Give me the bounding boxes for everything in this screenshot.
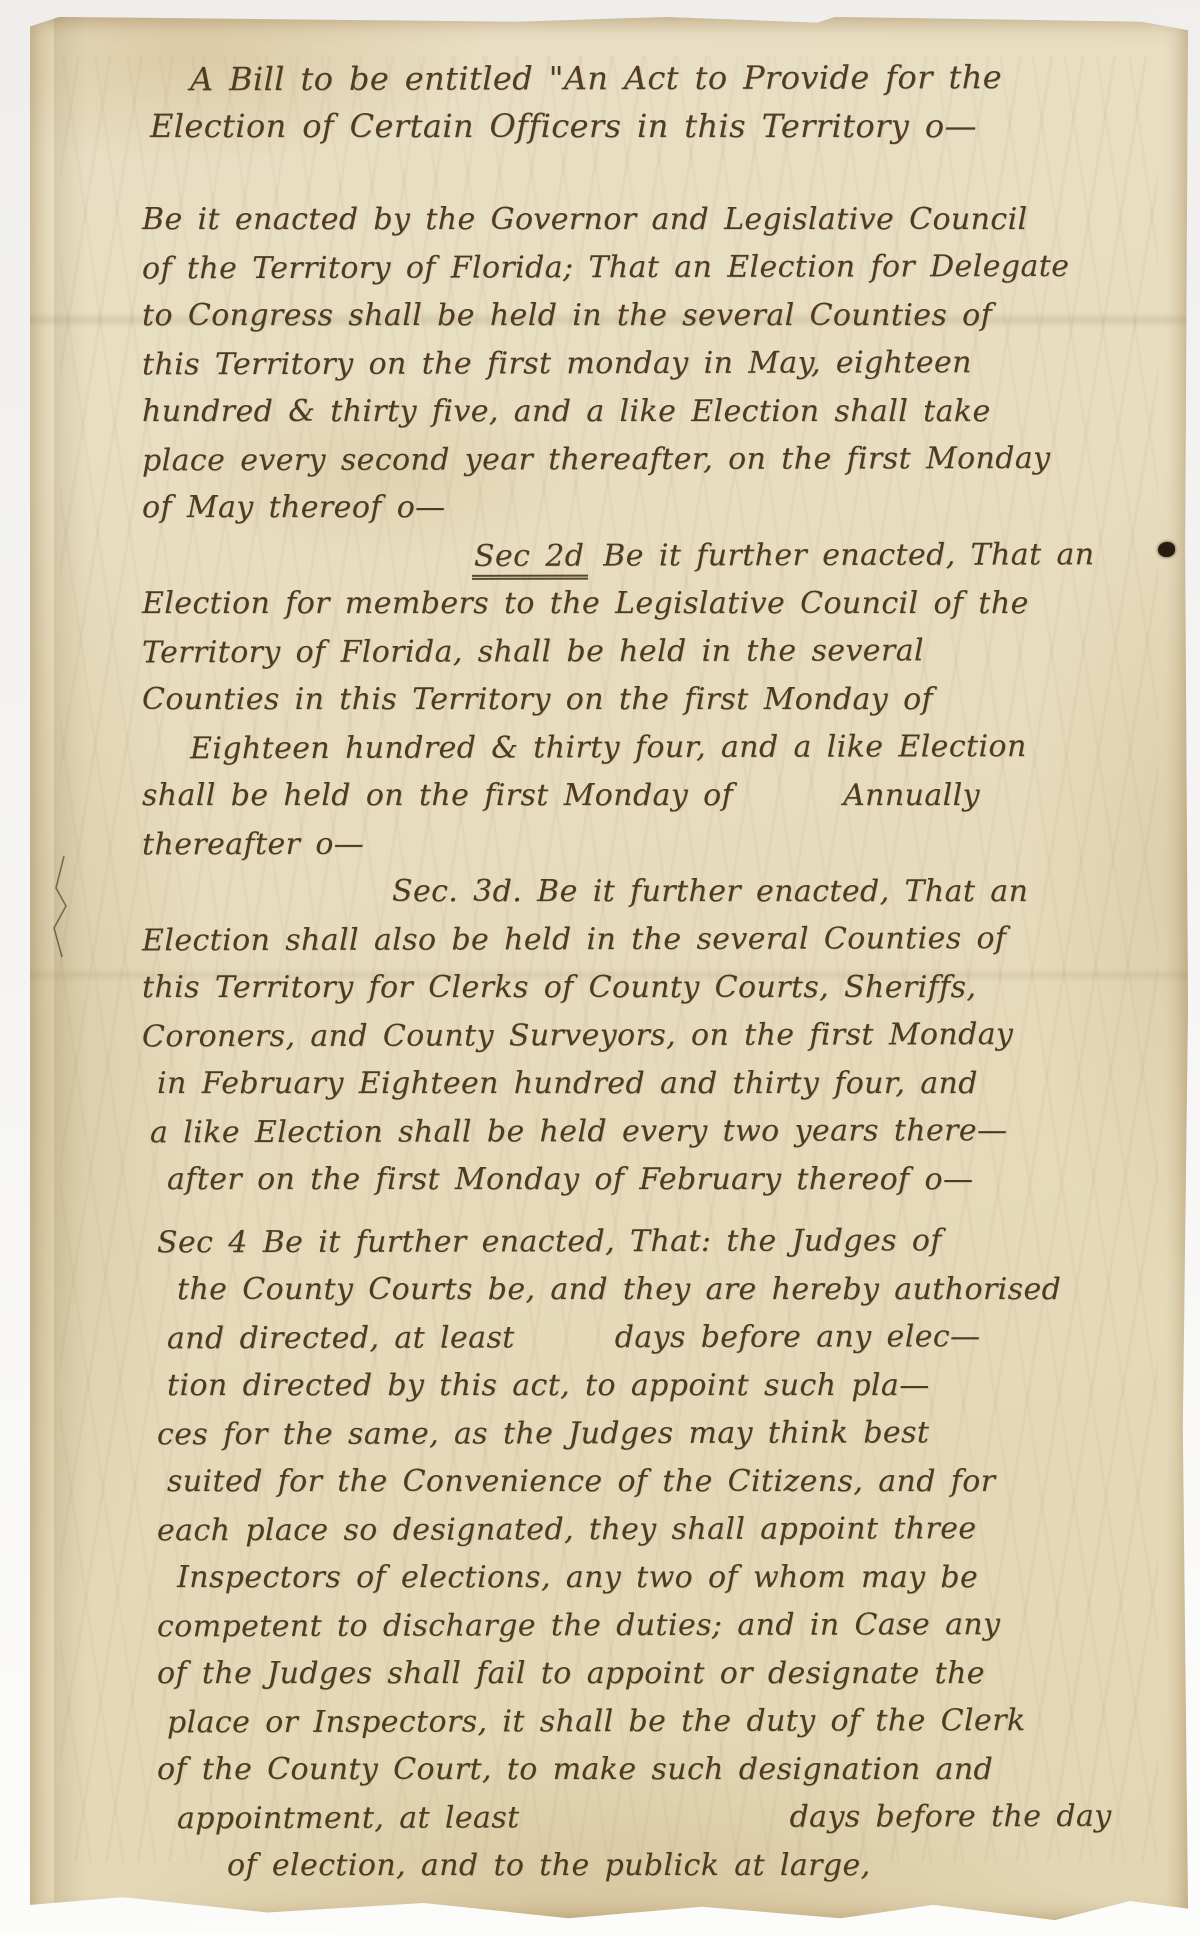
section-4-line: place or Inspectors, it shall be the dut…	[167, 1697, 1152, 1748]
section-2-line: thereafter o—	[142, 819, 1152, 870]
section-3-line: Coroners, and County Surveyors, on the f…	[142, 1011, 1152, 1062]
blank-space	[520, 1827, 790, 1828]
section-4-line: suited for the Convenience of the Citize…	[167, 1458, 1152, 1506]
section-2-label: Sec 2d	[472, 539, 588, 580]
section-3-line: a like Election shall be held every two …	[150, 1107, 1152, 1158]
section-4-blank-after: days before the day	[789, 1799, 1111, 1835]
section-3-line: this Territory for Clerks of County Cour…	[142, 964, 1152, 1012]
section-4-line: ces for the same, as the Judges may thin…	[157, 1409, 1152, 1460]
section-3-heading-line: Sec. 3d. Be it further enacted, That an	[392, 868, 1152, 916]
section-2-blank-after: Annually	[843, 778, 980, 813]
section-4-line: competent to discharge the duties; and i…	[157, 1601, 1152, 1652]
section-2-line: Election for members to the Legislative …	[142, 580, 1152, 628]
section-4-blank-after: days before any elec—	[615, 1319, 981, 1355]
section-3-line: after on the first Monday of February th…	[167, 1156, 1152, 1204]
section-3-label: Sec. 3d.	[392, 874, 522, 909]
section-2-blank-line: shall be held on the first Monday ofAnnu…	[142, 772, 1152, 820]
section-4-line: tion directed by this act, to appoint su…	[167, 1362, 1152, 1410]
section-4-heading-line: Sec 4 Be it further enacted, That: the J…	[157, 1217, 1152, 1268]
section-4-blank-line: appointment, at leastdays before the day	[177, 1793, 1152, 1844]
section-2-heading-text: Be it further enacted, That an	[588, 537, 1094, 573]
section-4-line: of the County Court, to make such design…	[157, 1746, 1152, 1794]
section-4-blank-before: and directed, at least	[167, 1320, 515, 1356]
section-4-label: Sec 4	[157, 1225, 248, 1260]
enacting-clause-line: to Congress shall be held in the several…	[142, 292, 1152, 340]
manuscript-page: A Bill to be entitled "An Act to Provide…	[30, 16, 1188, 1922]
section-4-blank-line: and directed, at leastdays before any el…	[167, 1313, 1152, 1364]
section-3-heading-text: Be it further enacted, That an	[522, 874, 1028, 909]
section-4-heading-text: Be it further enacted, That: the Judges …	[248, 1223, 942, 1260]
enacting-clause-line: of May thereof o—	[142, 484, 1152, 532]
enacting-clause-line: Be it enacted by the Governor and Legisl…	[142, 196, 1152, 244]
section-3-line: in February Eighteen hundred and thirty …	[157, 1060, 1152, 1108]
section-2-line: Eighteen hundred & thirty four, and a li…	[190, 723, 1152, 774]
section-2-heading-line: Sec 2d Be it further enacted, That an	[472, 531, 1152, 581]
section-2-line: Counties in this Territory on the first …	[142, 676, 1152, 724]
blank-row	[142, 150, 1152, 196]
section-2-line: Territory of Florida, shall be held in t…	[142, 627, 1152, 678]
enacting-clause-line: of the Territory of Florida; That an Ele…	[142, 243, 1152, 294]
section-4-line: the County Courts be, and they are hereb…	[177, 1266, 1152, 1314]
enacting-clause-line: this Territory on the first monday in Ma…	[142, 339, 1152, 390]
title-line: A Bill to be entitled "An Act to Provide…	[190, 53, 1152, 104]
section-4-line: Inspectors of elections, any two of whom…	[177, 1554, 1152, 1602]
enacting-clause-line: place every second year thereafter, on t…	[142, 435, 1152, 486]
section-3-line: Election shall also be held in the sever…	[142, 915, 1152, 966]
section-4-blank-before: appointment, at least	[177, 1800, 520, 1836]
manuscript-text: A Bill to be entitled "An Act to Provide…	[30, 16, 1188, 1922]
section-4-line: of election, and to the publick at large…	[227, 1842, 1152, 1890]
enacting-clause-line: hundred & thirty five, and a like Electi…	[142, 388, 1152, 436]
title-line: Election of Certain Officers in this Ter…	[150, 102, 1152, 150]
section-4-line: each place so designated, they shall app…	[157, 1505, 1152, 1556]
section-4-line: of the Judges shall fail to appoint or d…	[157, 1650, 1152, 1698]
section-2-blank-before: shall be held on the first Monday of	[142, 778, 733, 813]
